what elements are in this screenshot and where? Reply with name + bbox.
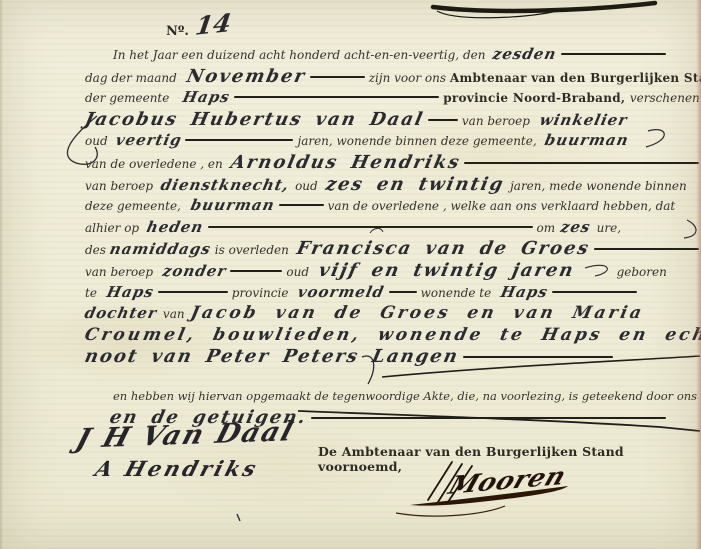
line-year: In het Jaar een duizend acht honderd ach… (113, 44, 701, 66)
entry-province: voormeld (297, 283, 387, 301)
ink-rule (158, 291, 228, 293)
top-edge-signature-loop (437, 11, 558, 18)
entry-birthplace: Haps (105, 283, 156, 301)
scanned-death-certificate: Nº. 14 In het Jaar een duizend acht hond… (0, 0, 701, 549)
witness2-signature: A Hendriks (92, 456, 261, 481)
printed-text: is overleden (215, 243, 289, 257)
printed-text: ure, (597, 221, 621, 235)
document-number-label: Nº. (166, 24, 189, 39)
entry-deceased-occupation: zonder (161, 262, 228, 280)
line-declaration: deze gemeente,buurmanvan de overledene ,… (85, 195, 701, 217)
entry-parents-continued: Croumel, bouwlieden, wonende te Haps en … (83, 325, 701, 345)
printed-text: In het Jaar een duizend acht honderd ach… (113, 48, 485, 62)
printed-text: dag der maand (85, 71, 177, 85)
entry-declarant2-age: zes en twintig (323, 174, 506, 195)
printed-text: verschenen (630, 91, 700, 105)
line-declarant2-name: van de overledene , enArnoldus Hendriks (85, 152, 701, 174)
ink-rule (311, 417, 666, 419)
document-lines: In het Jaar een duizend acht honderd ach… (85, 44, 701, 428)
printed-text: van beroep (85, 265, 153, 279)
stray-ink-mark (237, 514, 240, 521)
ink-rule (594, 248, 699, 250)
line-parents-1: dochtervanJacob van de Groes en van Mari… (85, 303, 701, 325)
printed-text: om (537, 221, 556, 235)
ink-rule (552, 291, 637, 293)
document-number-value: 14 (194, 8, 234, 40)
line-month: dag der maandNovemberzijn voor ons Ambte… (85, 66, 701, 88)
line-parents-2: Croumel, bouwlieden, wonende te Haps en … (85, 325, 701, 347)
line-declarant1-age: oudveertigjaren, wonende binnen deze gem… (85, 130, 701, 152)
printed-text: geboren (617, 265, 667, 279)
ink-rule (561, 53, 666, 55)
ink-rule (279, 204, 324, 206)
line-declarant1-name: Jacobus Hubertus van Daalvan beroepwinke… (85, 109, 701, 131)
ink-rule (463, 356, 613, 358)
entry-declarant1-age: veertig (114, 131, 184, 149)
entry-declarant2-relation: buurman (189, 196, 277, 214)
line-deceased-age: van beroepzonderoudvijf en twintig jaren… (85, 260, 701, 282)
printed-text: provincie (232, 286, 289, 300)
witness1-signature: J H Van Daal (72, 416, 298, 454)
printed-text: van beroep (462, 114, 530, 128)
ink-rule (428, 119, 458, 121)
official-signature-loop (396, 506, 505, 516)
ink-rule (464, 162, 699, 164)
printed-text: der gemeente (85, 91, 169, 105)
printed-text: van beroep (85, 179, 153, 193)
line-gemeente: der gemeenteHapsprovincie Noord-Braband,… (85, 87, 701, 109)
entry-day: zesden (492, 45, 559, 63)
printed-text: van de overledene , welke aan ons verkla… (328, 199, 676, 213)
printed-text: Ambtenaar van den Burgerlijken Stand (450, 71, 701, 85)
ink-rule (230, 270, 282, 272)
line-closing: en hebben wij hiervan opgemaakt de tegen… (113, 385, 701, 407)
line-death-time: alhier ophedenomzesure, (85, 217, 701, 239)
entry-municipality: Haps (181, 88, 232, 106)
entry-declarant1-name: Jacobus Hubertus van Daal (83, 109, 426, 130)
line-declarant2-age: van beroepdienstknecht,oudzes en twintig… (85, 174, 701, 196)
entry-month: November (185, 66, 308, 87)
printed-text: alhier op (85, 221, 139, 235)
entry-death-daypart: namiddags (108, 240, 213, 258)
scan-left-edge (0, 0, 3, 549)
printed-text: oud (286, 265, 309, 279)
printed-text: provincie Noord-Braband, (443, 91, 630, 105)
line-spouse: noot van Peter Peters Langen (85, 346, 701, 368)
entry-death-hour: zes (559, 218, 592, 236)
entry-death-date: heden (145, 218, 205, 236)
ink-rule (234, 96, 439, 98)
entry-declarant1-occupation: winkelier (538, 111, 629, 129)
top-edge-signature-fragment (433, 3, 655, 11)
printed-text: wonende te (421, 286, 492, 300)
line-birthplace: teHapsprovincievoormeldwonende teHaps (85, 282, 701, 304)
line-deceased-name: desnamiddagsis overledenFrancisca van de… (85, 238, 701, 260)
printed-text: des (85, 243, 106, 257)
entry-declarant1-relation: buurman (543, 131, 631, 149)
printed-text: en hebben wij hiervan opgemaakt de tegen… (113, 389, 697, 403)
printed-text: zijn voor ons (369, 71, 450, 85)
entry-deceased-age: vijf en twintig jaren (317, 260, 577, 281)
printed-text: te (85, 286, 97, 300)
ink-rule (185, 139, 293, 141)
printed-text: oud (295, 179, 318, 193)
entry-declarant2-name: Arnoldus Hendriks (229, 152, 463, 173)
printed-text: jaren, wonende binnen deze gemeente, (297, 134, 536, 148)
printed-text: deze gemeente, (85, 199, 181, 213)
ink-rule (389, 291, 417, 293)
scan-right-edge (696, 0, 701, 549)
printed-text: van de overledene , en (85, 157, 223, 171)
entry-child-relation: dochter (83, 304, 159, 322)
entry-spouse: noot van Peter Peters Langen (83, 346, 461, 367)
entry-residence: Haps (499, 283, 550, 301)
entry-deceased-name: Francisca van de Groes (295, 238, 592, 259)
printed-text: oud (85, 134, 108, 148)
entry-parents: Jacob van de Groes en van Maria (188, 303, 645, 323)
ink-rule (208, 226, 533, 228)
printed-text: van (163, 307, 185, 321)
entry-declarant2-occupation: dienstknecht, (159, 176, 291, 194)
printed-text: jaren, mede wonende binnen (510, 179, 687, 193)
ink-rule (310, 76, 365, 78)
